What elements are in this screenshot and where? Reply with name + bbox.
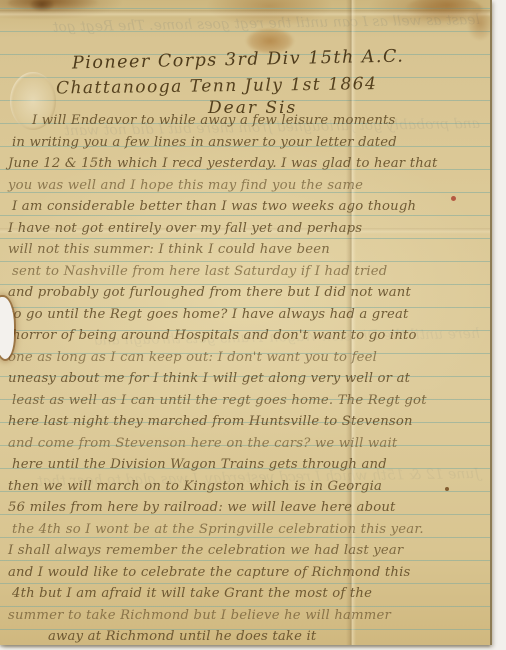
letter-line: June 12 & 15th which I recd yesterday. I… <box>8 153 486 175</box>
letter-line: I have not got entirely over my fall yet… <box>8 218 486 240</box>
letter-scan: least as well as I can until the regt go… <box>0 0 506 650</box>
letter-paper: least as well as I can until the regt go… <box>0 0 490 645</box>
letter-line: 4th but I am afraid it will take Grant t… <box>8 583 486 605</box>
letter-line: 56 miles from here by railroad: we will … <box>8 497 486 519</box>
letter-line: away at Richmond until he does take it <box>8 626 486 648</box>
letter-line: to go until the Regt goes home? I have a… <box>8 304 486 326</box>
letter-line: then we will march on to Kingston which … <box>8 476 486 498</box>
letter-line: I will Endeavor to while away a few leis… <box>8 110 486 132</box>
letter-line: uneasy about me for I think I will get a… <box>8 368 486 390</box>
stain <box>468 6 492 40</box>
letter-line: in writing you a few lines in answer to … <box>8 132 486 154</box>
letter-body: I will Endeavor to while away a few leis… <box>8 110 486 648</box>
letter-line: and I would like to celebrate the captur… <box>8 562 486 584</box>
letter-line: I am considerable better than I was two … <box>8 196 486 218</box>
letter-line: I shall always remember the celebration … <box>8 540 486 562</box>
letter-line: will not this summer: I think I could ha… <box>8 239 486 261</box>
letter-line: and come from Stevenson here on the cars… <box>8 433 486 455</box>
letter-line: summer to take Richmond but I believe he… <box>8 605 486 627</box>
letter-line: and probably got furloughed from there b… <box>8 282 486 304</box>
letter-line: here last night they marched from Huntsv… <box>8 411 486 433</box>
letter-line: one as long as I can keep out: I don't w… <box>8 347 486 369</box>
letter-line: sent to Nashville from here last Saturda… <box>8 261 486 283</box>
letter-line: you was well and I hope this may find yo… <box>8 175 486 197</box>
letter-line: horror of being around Hospitals and don… <box>8 325 486 347</box>
letter-line: the 4th so I wont be at the Springville … <box>8 519 486 541</box>
letter-line: here until the Division Wagon Trains get… <box>8 454 486 476</box>
letter-line: least as well as I can until the regt go… <box>8 390 486 412</box>
